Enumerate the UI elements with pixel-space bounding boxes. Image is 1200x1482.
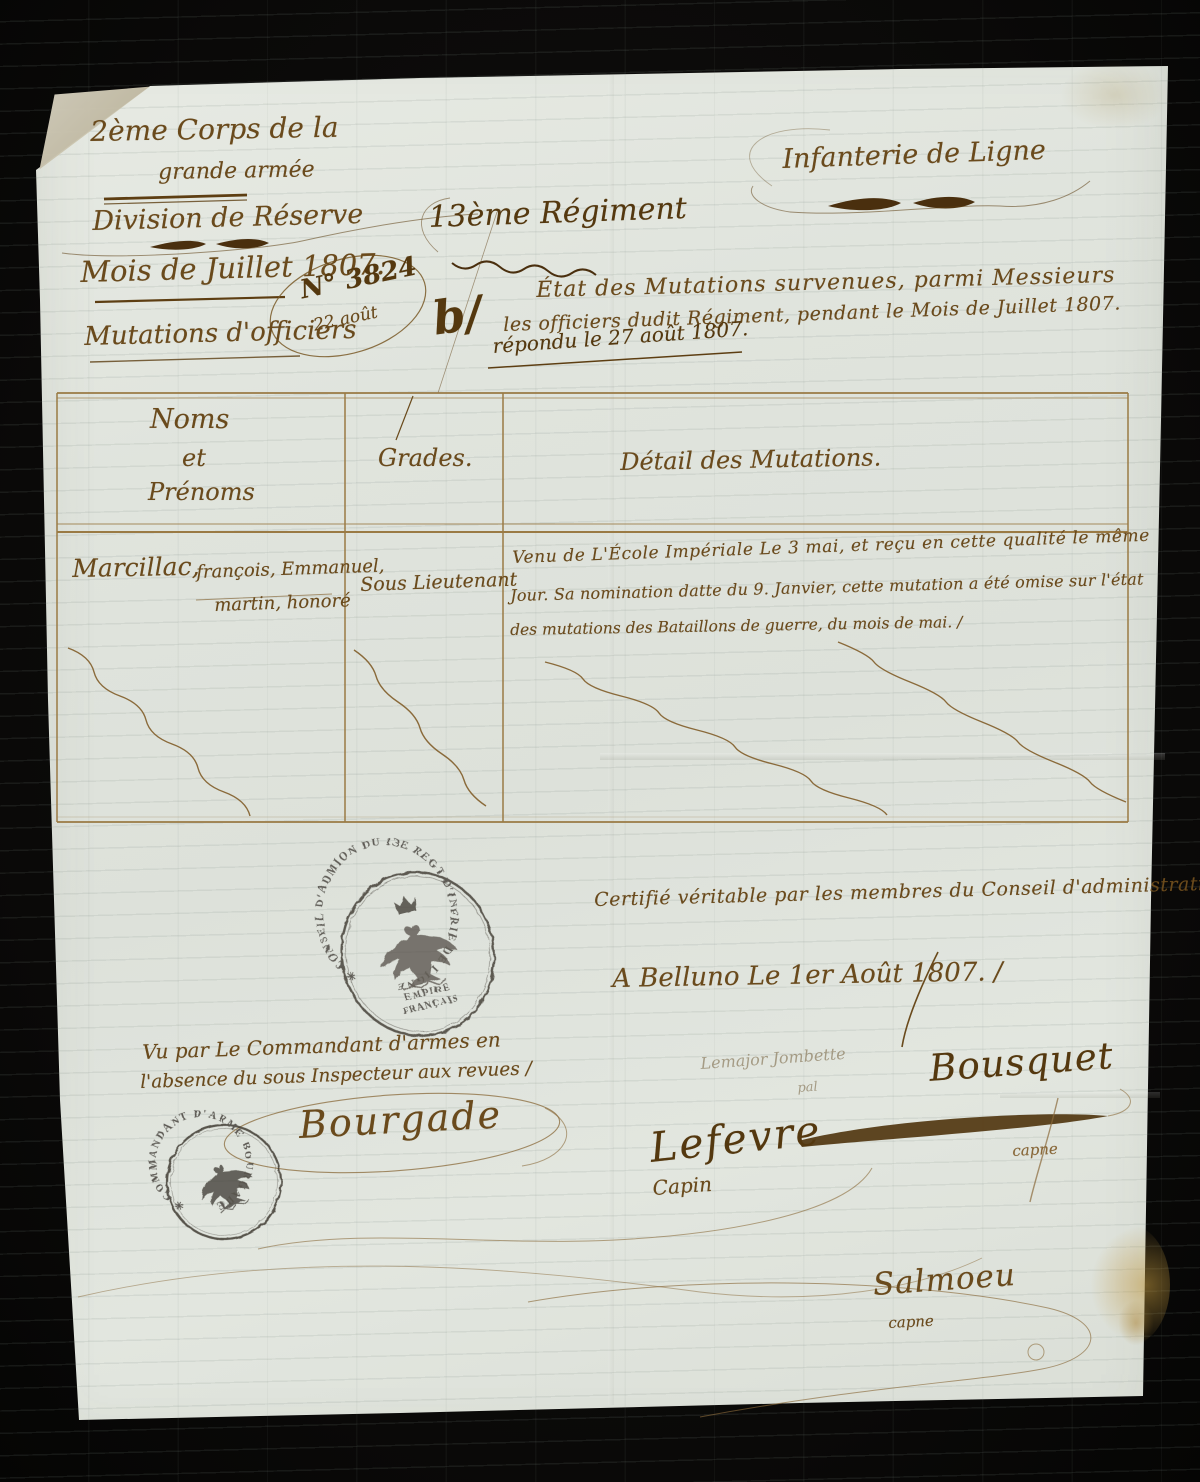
row-given2: martin, honoré (214, 592, 351, 615)
col-header-et: et (182, 446, 206, 470)
col-header-grades: Grades. (378, 446, 472, 470)
document-scan: ✳ CONSEIL D'ADMION DU 13E REGT D'INFRIE … (0, 0, 1200, 1482)
corps-line2: grande armée (158, 159, 315, 184)
col-header-prenoms: Prénoms (148, 480, 255, 504)
place-date-line: A Belluno Le 1er Août 1807. / (612, 959, 1003, 992)
corps-line1: 2ème Corps de la (90, 114, 339, 146)
signature-bourgade: Bourgade (298, 1095, 503, 1144)
row-surname: Marcillac, (72, 554, 200, 581)
stain (1060, 60, 1170, 130)
col-header-noms: Noms (150, 406, 229, 433)
row-grade: Sous Lieutenant (360, 571, 518, 595)
col-header-detail: Détail des Mutations. (620, 445, 881, 474)
signature-major-title: pal (797, 1081, 818, 1095)
crease-horizontal (600, 753, 1165, 760)
signature-bousquet-title: capne (1012, 1142, 1058, 1159)
crease-horizontal (1000, 1092, 1160, 1098)
paraph-mark: b/ (430, 289, 485, 341)
signature-lefevre-title: Capin (652, 1174, 713, 1198)
signature-salmon-title: capne (888, 1314, 934, 1331)
regiment-title: 13ème Régiment (428, 194, 687, 233)
crease-vertical (608, 75, 614, 1405)
division-line: Division de Réserve (92, 201, 364, 235)
stain (1118, 1300, 1154, 1346)
